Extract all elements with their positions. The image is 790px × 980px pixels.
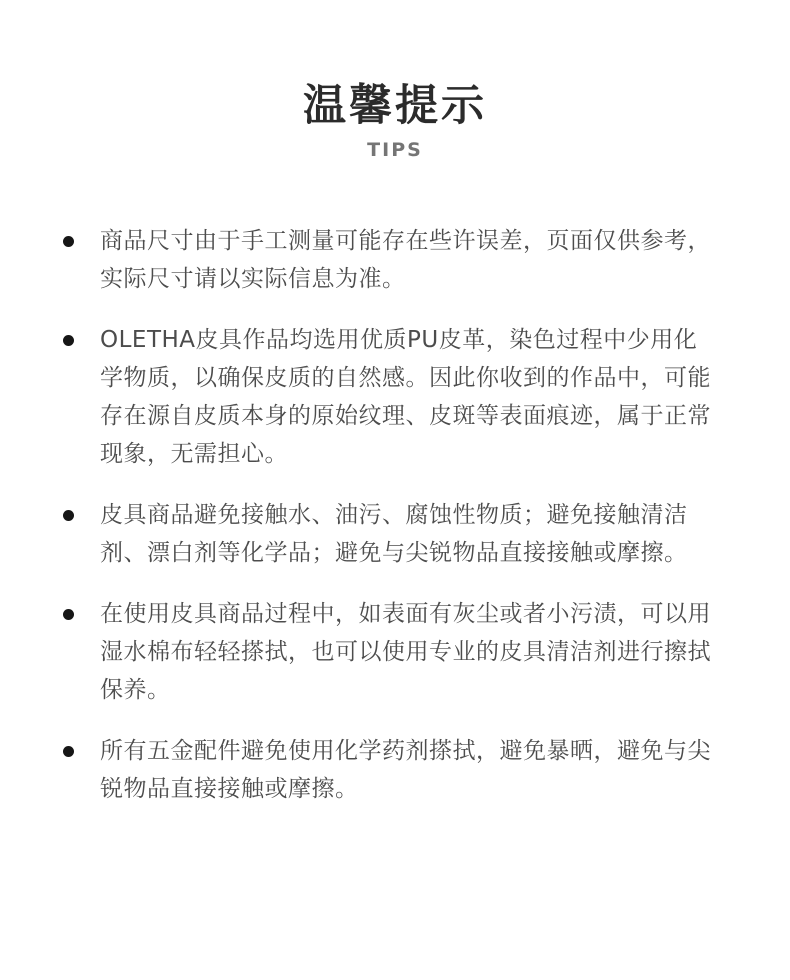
- tip-text: 所有五金配件避免使用化学药剂搽拭，避免暴晒，避免与尖锐物品直接接触或摩擦。: [100, 732, 720, 808]
- tips-list: 商品尺寸由于手工测量可能存在些许误差，页面仅供参考，实际尺寸请以实际信息为准。 …: [0, 222, 790, 808]
- page-subtitle: TIPS: [0, 139, 790, 162]
- bullet-dot-icon: [63, 335, 74, 346]
- tip-text: 皮具商品避免接触水、油污、腐蚀性物质；避免接触清洁剂、漂白剂等化学品；避免与尖锐…: [100, 496, 720, 572]
- tips-page: 温馨提示 TIPS 商品尺寸由于手工测量可能存在些许误差，页面仅供参考，实际尺寸…: [0, 0, 790, 980]
- tip-item: 在使用皮具商品过程中，如表面有灰尘或者小污渍，可以用湿水棉布轻轻搽拭，也可以使用…: [63, 595, 730, 709]
- bullet-dot-icon: [63, 236, 74, 247]
- tip-text: OLETHA皮具作品均选用优质PU皮革，染色过程中少用化学物质，以确保皮质的自然…: [100, 321, 720, 473]
- bullet-dot-icon: [63, 510, 74, 521]
- tip-item: 皮具商品避免接触水、油污、腐蚀性物质；避免接触清洁剂、漂白剂等化学品；避免与尖锐…: [63, 496, 730, 572]
- tip-text: 商品尺寸由于手工测量可能存在些许误差，页面仅供参考，实际尺寸请以实际信息为准。: [100, 222, 720, 298]
- bullet-dot-icon: [63, 609, 74, 620]
- tip-item: OLETHA皮具作品均选用优质PU皮革，染色过程中少用化学物质，以确保皮质的自然…: [63, 321, 730, 473]
- tip-item: 所有五金配件避免使用化学药剂搽拭，避免暴晒，避免与尖锐物品直接接触或摩擦。: [63, 732, 730, 808]
- bullet-dot-icon: [63, 746, 74, 757]
- tip-text: 在使用皮具商品过程中，如表面有灰尘或者小污渍，可以用湿水棉布轻轻搽拭，也可以使用…: [100, 595, 720, 709]
- page-title: 温馨提示: [0, 80, 790, 132]
- tip-item: 商品尺寸由于手工测量可能存在些许误差，页面仅供参考，实际尺寸请以实际信息为准。: [63, 222, 730, 298]
